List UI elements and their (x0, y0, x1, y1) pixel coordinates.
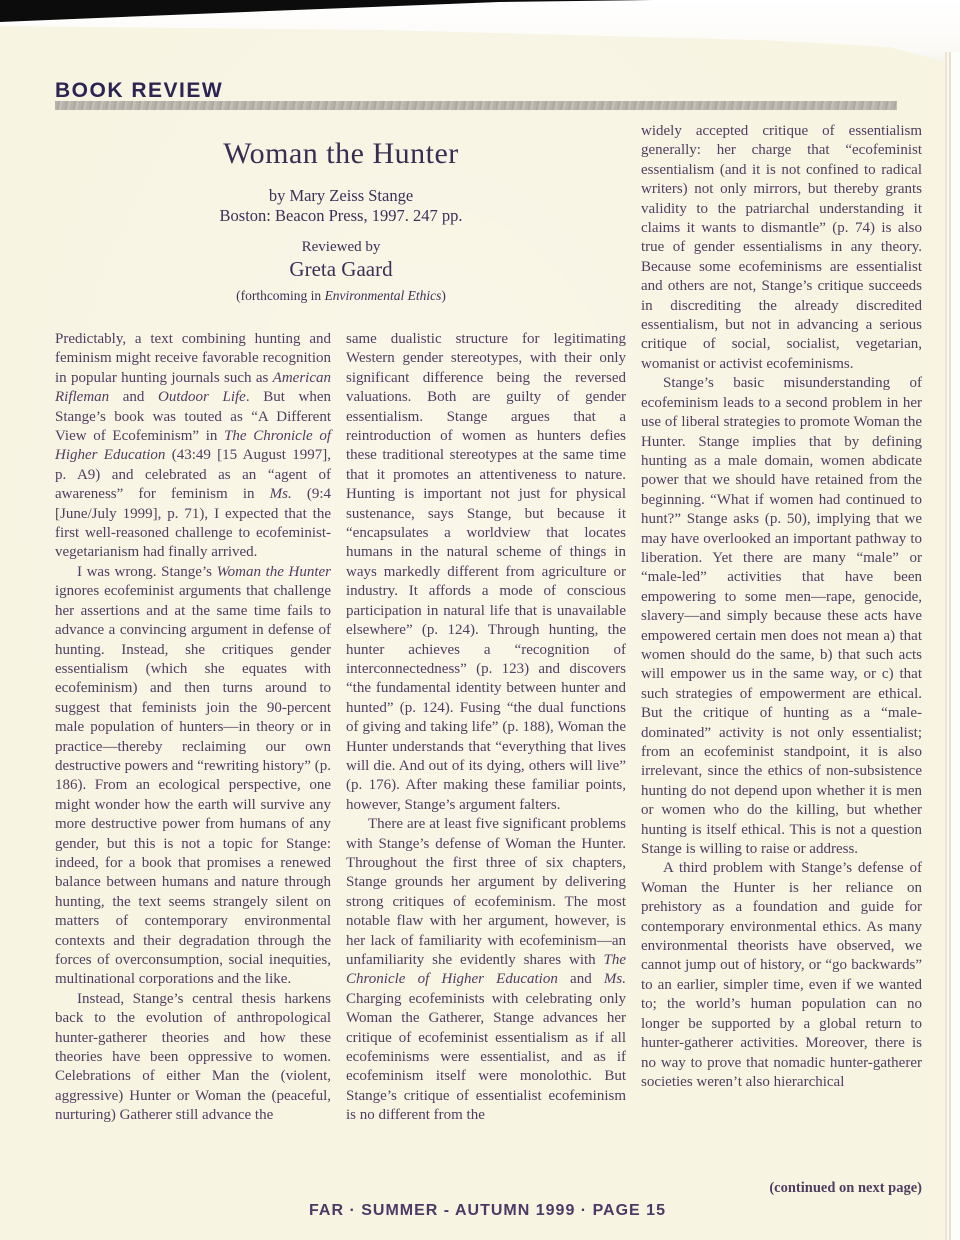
text-column-2: same dualistic structure for legitimatin… (346, 330, 626, 1126)
body-paragraph: I was wrong. Stange’s Woman the Hunter i… (55, 563, 331, 990)
section-rule-bar (55, 101, 897, 110)
body-paragraph: Predictably, a text combining hunting an… (55, 330, 331, 563)
body-paragraph: same dualistic structure for legitimatin… (346, 330, 626, 815)
section-label: BOOK REVIEW (55, 79, 223, 103)
body-paragraph: A third problem with Stange’s defense of… (641, 859, 922, 1092)
forthcoming-journal: Environmental Ethics (325, 288, 442, 303)
text-column-1: Predictably, a text combining hunting an… (55, 330, 331, 1126)
body-paragraph: There are at least five significant prob… (346, 815, 626, 1126)
continued-note: (continued on next page) (641, 1180, 922, 1197)
forthcoming-prefix: (forthcoming in (236, 288, 324, 303)
reviewed-by-label: Reviewed by (55, 239, 627, 256)
body-paragraph: Instead, Stange’s central thesis harkens… (55, 990, 331, 1126)
body-paragraph: widely accepted critique of essentialism… (641, 122, 922, 374)
page-footer: FAR · SUMMER - AUTUMN 1999 · PAGE 15 (55, 1202, 920, 1220)
reviewer-name: Greta Gaard (55, 257, 627, 282)
stacked-page-edges (945, 52, 960, 1240)
book-title: Woman the Hunter (55, 137, 627, 171)
forthcoming-note: (forthcoming in Environmental Ethics) (55, 288, 627, 304)
scanned-page-paper: BOOK REVIEW Woman the Hunter by Mary Zei… (0, 0, 960, 1240)
book-author-byline: by Mary Zeiss Stange (55, 186, 627, 206)
forthcoming-suffix: ) (441, 288, 446, 303)
text-column-3: widely accepted critique of essentialism… (641, 122, 922, 1092)
book-publisher-line: Boston: Beacon Press, 1997. 247 pp. (55, 206, 627, 226)
body-paragraph: Stange’s basic misunderstanding of ecofe… (641, 374, 922, 859)
